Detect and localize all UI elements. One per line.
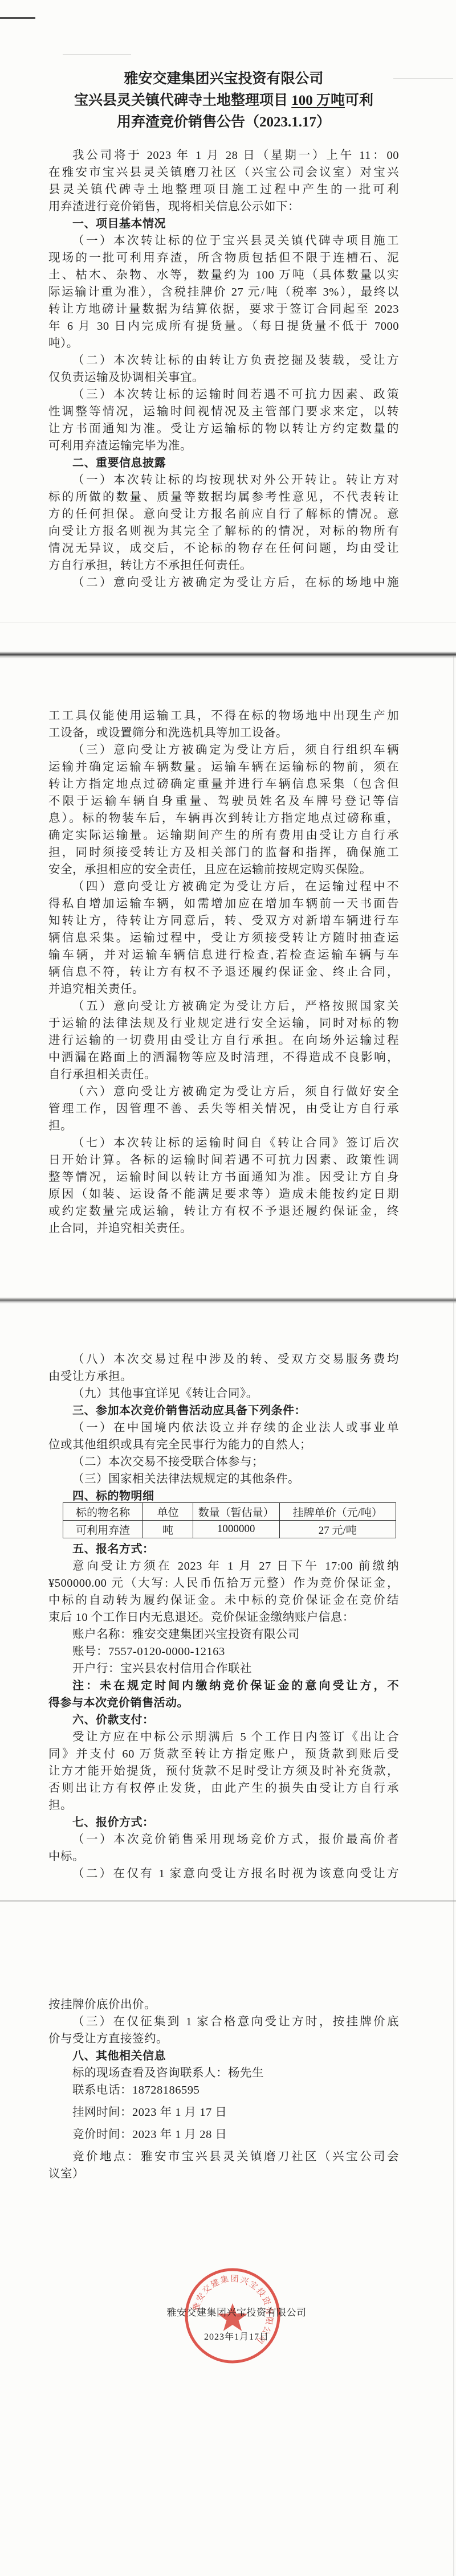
text-line: 情况无异议，成交后，不论标的物存在任何问题，均由受让 — [48, 540, 399, 557]
text-line: 束后 10 个工作日内无息退还。竞价保证金缴纳账户信息： — [48, 1609, 399, 1626]
text-line: 意向受让方须在 2023 年 1 月 27 日下午 17:00 前缴纳 — [48, 1558, 399, 1575]
text-line: 性调整等情况，运输时间视情况及主管部门要求来定，以转 — [48, 403, 399, 420]
text-line: 或约定数量完成运输，转让方有权不予退还履约保证金，终 — [48, 1203, 399, 1220]
text-line: 中洒漏在路面上的洒漏物等应及时清理，不得造成不良影响， — [48, 1049, 399, 1066]
section-heading-line: 三、参加本次竞价销售活动应具备下列条件： — [48, 1402, 399, 1419]
table-header-cell: 挂牌单价（元/吨） — [279, 1503, 396, 1521]
scan-artifact-line — [0, 17, 35, 19]
text-line: 向受让方报名则视为其完全了解标的的情况，对标的物所有 — [48, 523, 399, 540]
text-line: 吨）。 — [48, 335, 399, 352]
text-line: 议室） — [48, 2165, 399, 2182]
text-line: 并追究相关责任。 — [48, 981, 399, 998]
table-row: 可利用弃渣吨100000027 元/吨 — [63, 1521, 396, 1538]
section-heading-line: 八、其他相关信息 — [48, 2047, 399, 2065]
text-line: 中标的自动转为履约保证金。未中标的竞价保证金在竞价结 — [48, 1592, 399, 1609]
text-line: 方的任何担保。意向受让方报名前应自行了解标的情况。意 — [48, 506, 399, 523]
text-line: 自行承担相关责任。 — [48, 1066, 399, 1083]
text-line: 工工具仅能使用运输工具，不得在标的物场地中出现生产加 — [48, 707, 399, 724]
text-line: （三）在仅征集到 1 家合格意向受让方时，按挂牌价底 — [48, 2013, 399, 2030]
page-break-line-1 — [0, 652, 456, 658]
text-line: 际运输计重为准），含税挂牌价 27 元/吨（税率 3%），最终以 — [48, 284, 399, 301]
text-line: 联系电话：18728186595 — [48, 2082, 399, 2099]
text-line: 息）。标的物装车后，车辆再次到转让方指定地点过磅称重， — [48, 810, 399, 827]
text-line: （一）本次竞价销售采用现场竞价方式，报价最高价者 — [48, 1831, 399, 1848]
table-header-cell: 单位 — [143, 1503, 193, 1521]
text-line: 账号：7557-0120-0000-12163 — [48, 1643, 399, 1660]
scan-artifact-line — [393, 78, 453, 79]
table-header-row: 标的物名称单位数量（暂估量）挂牌单价（元/吨） — [63, 1503, 396, 1521]
text-line: 不限于运输车辆自身重量、驾驶员姓名及车牌号登记等信 — [48, 793, 399, 810]
text-line: （三）意向受让方被确定为受让方后，须自行组织车辆 — [48, 742, 399, 759]
text-line: 土、枯木、杂物、水等，数量约为 100 万吨（具体数量以实 — [48, 267, 399, 284]
section-heading-line: 七、报价方式： — [48, 1814, 399, 1831]
section-heading-line: 注：未在规定时间内缴纳竞价保证金的意向受让方，不 — [48, 1677, 399, 1694]
page-1-text: 我公司将于 2023 年 1 月 28 日（星期一）上午 11：00在雅安市宝兴… — [48, 147, 399, 591]
text-line: 辆信息不符，转让方有权不予退还履约保证金、终止合同， — [48, 964, 399, 981]
text-line: 按挂牌价底价出价。 — [48, 1996, 399, 2013]
text-line: 在雅安市宝兴县灵关镇磨刀社区（兴宝公司会议室）对宝兴 — [48, 164, 399, 181]
text-line: 我公司将于 2023 年 1 月 28 日（星期一）上午 11：00 — [48, 147, 399, 164]
document-title: 雅安交建集团兴宝投资有限公司宝兴县灵关镇代碑寺土地整理项目 100 万吨可利用弃… — [46, 68, 402, 133]
issue-date: 2023年1月17日 — [140, 2329, 333, 2342]
text-line: 担。 — [48, 1797, 399, 1814]
text-line: 可利用弃渣运输完毕为准。 — [48, 437, 399, 454]
text-line: （七）本次转让标的运输时间自《转让合同》签订后次 — [48, 1135, 399, 1152]
page-3-text-lower: 五、报名方式：意向受让方须在 2023 年 1 月 27 日下午 17:00 前… — [48, 1541, 399, 1882]
text-line: 工设备，或设置筛分和洗选机具等加工设备。 — [48, 724, 399, 742]
text-line: 管理工作，因管理不善、丢失等相关情况，由受让方自行承 — [48, 1100, 399, 1117]
table-cell: 吨 — [143, 1521, 193, 1538]
text-line: 年 6 月 30 日内完成所有提货量。（每日提货量不低于 7000 — [48, 318, 399, 335]
title-line-3: 用弃渣竞价销售公告（2023.1.17） — [46, 112, 402, 133]
text-line: 让方才能开始提货，预付货款不足时受让方须及时补充货款， — [48, 1763, 399, 1780]
text-line: 辆信息采集。运输过程中，受让方须接受转让方随时抽查运 — [48, 929, 399, 947]
text-line: （二）本次转让标的由转让方负责挖掘及装载，受让方 — [48, 352, 399, 369]
text-line: （一）本次转让标的均按现状对外公开转让。转让方对 — [48, 472, 399, 489]
text-line: （五）意向受让方被确定为受让方后，严格按照国家关 — [48, 998, 399, 1015]
text-line: 标的现场查看及咨询联系人：杨先生 — [48, 2065, 399, 2082]
text-line: 县灵关镇代碑寺土地整理项目施工过程中产生的一批可利 — [48, 181, 399, 198]
table-cell: 1000000 — [193, 1521, 279, 1538]
text-line: 知转让方，待转让方同意后，转、受双方对新增车辆进行车 — [48, 912, 399, 929]
text-line: 竞价时间：2023 年 1 月 28 日 — [48, 2126, 399, 2143]
text-line: 让方书面通知为准。受让方运输标的物以转让方约定数量的 — [48, 420, 399, 437]
page-4-text: 按挂牌价底价出价。（三）在仅征集到 1 家合格意向受让方时，按挂牌价底价与受让方… — [48, 1996, 399, 2182]
text-line: 止合同，并追究相关责任。 — [48, 1220, 399, 1237]
text-line: 现场的一批可利用弃渣，所含物质包括但不限于连槽石、泥 — [48, 249, 399, 267]
text-line: 方自行承担，转让方不承担任何责任。 — [48, 557, 399, 574]
text-line: （二）意向受让方被确定为受让方后，在标的场地中施 — [48, 574, 399, 591]
table-header-cell: 标的物名称 — [63, 1503, 143, 1521]
text-line: （六）意向受让方被确定为受让方后，须自行做好安全 — [48, 1083, 399, 1100]
text-line: 挂网时间：2023 年 1 月 17 日 — [48, 2104, 399, 2121]
text-line: 开户行：宝兴县农村信用合作联社 — [48, 1660, 399, 1677]
text-line: ¥500000.00 元（大写: 人民币伍拾万元整）作为竞价保证金， — [48, 1575, 399, 1592]
text-line: （二）在仅有 1 家意向受让方报名时视为该意向受让方 — [48, 1865, 399, 1882]
text-line: 日开始计算。各标的运输时间若遇不可抗力因素、政策性调 — [48, 1152, 399, 1169]
text-line: 中标。 — [48, 1848, 399, 1865]
text-line: （一）在中国境内依法设立并存续的企业法人或事业单 — [48, 1419, 399, 1436]
table-cell: 27 元/吨 — [279, 1521, 396, 1538]
section-heading-line: 二、重要信息披露 — [48, 454, 399, 472]
text-line: 账户名称：雅安交建集团兴宝投资有限公司 — [48, 1626, 399, 1643]
page-2-text: 工工具仅能使用运输工具，不得在标的物场地中出现生产加工设备，或设置筛分和洗选机具… — [48, 707, 399, 1237]
text-line: （八）本次交易过程中涉及的转、受双方交易服务费均 — [48, 1351, 399, 1368]
text-line: （三）本次转让标的运输时间若遇不可抗力因素、政策 — [48, 386, 399, 403]
text-line: （四）意向受让方被确定为受让方后，在运输过程中不 — [48, 878, 399, 895]
title-underlined-quantity: 100 万吨 — [291, 93, 345, 108]
title-line-2: 宝兴县灵关镇代碑寺土地整理项目 100 万吨可利 — [46, 90, 402, 112]
text-line: 价与受让方直接签约。 — [48, 2030, 399, 2047]
section-heading-line: 一、项目基本情况 — [48, 215, 399, 232]
text-line: （二）本次交易不接受联合体参与； — [48, 1453, 399, 1471]
subject-detail-table: 标的物名称单位数量（暂估量）挂牌单价（元/吨）可利用弃渣吨100000027 元… — [63, 1502, 396, 1538]
page-break-line-3 — [0, 1900, 456, 1902]
text-line: 确定实际运输量。运输期间产生的所有费用由受让方自行承 — [48, 827, 399, 844]
text-line: 整等情况，运输时间以转让方书面通知为准。因受让方自身 — [48, 1169, 399, 1186]
text-line: （一）本次转让标的位于宝兴县灵关镇代碑寺项目施工 — [48, 232, 399, 249]
text-line: 进行运输的一切费用由受让方自行承担。在向场外运输过程 — [48, 1032, 399, 1049]
section-heading-line: 得参与本次竞价销售活动。 — [48, 1694, 399, 1711]
scan-artifact-line — [0, 623, 456, 623]
text-line: 否则出让方有权停止发货，由此产生的损失由受让方自行承 — [48, 1780, 399, 1797]
text-line: 标的所做的数量、质量等数据均属参考性意见，不代表转让 — [48, 489, 399, 506]
text-line: 于运输的法律法规及行业规定进行安全运输，同时对标的物 — [48, 1015, 399, 1032]
page-3-text-upper: （八）本次交易过程中涉及的转、受双方交易服务费均由受让方承担。（九）其他事宜详见… — [48, 1351, 399, 1505]
text-line: 输车辆，并对运输车辆信息进行检查,若检查运输车辆与车 — [48, 947, 399, 964]
text-line: 位或其他组织或具有完全民事行为能力的自然人； — [48, 1436, 399, 1453]
text-line: 转让方地磅计量数据为结算依据，要求于签订合同起至 2023 — [48, 301, 399, 318]
text-line: 运输并确定运输车辆数量。运输车辆在运输标的物前，须在 — [48, 759, 399, 776]
text-line: 担，同时须接受转让方及相关部门的监督和指挥，确保施工 — [48, 844, 399, 861]
section-heading-line: 五、报名方式： — [48, 1541, 399, 1558]
text-line: （三）国家相关法律法规规定的其他条件。 — [48, 1471, 399, 1488]
text-line: 安全，承担相应的安全责任，且应在运输前按规定购买保险。 — [48, 861, 399, 878]
table-cell: 可利用弃渣 — [63, 1521, 143, 1538]
text-line: （九）其他事宜详见《转让合同》。 — [48, 1385, 399, 1402]
table-header-cell: 数量（暂估量） — [193, 1503, 279, 1521]
title-line-1: 雅安交建集团兴宝投资有限公司 — [46, 68, 402, 90]
text-line: 转让方指定地点过磅确定重量并进行车辆信息采集（包含但 — [48, 776, 399, 793]
text-line: 得私自增加运输车辆，如需增加应在增加车辆前一天书面告 — [48, 895, 399, 912]
scan-edge-shadow — [453, 656, 454, 2576]
issuer-company-name: 雅安交建集团兴宝投资有限公司 — [140, 2304, 333, 2319]
text-line: 仅负责运输及协调相关事宜。 — [48, 369, 399, 386]
text-line: 由受让方承担。 — [48, 1368, 399, 1385]
section-heading-line: 六、价款支付： — [48, 1711, 399, 1729]
text-line: 同》并支付 60 万货款至转让方指定账户，预货款到账后受 — [48, 1746, 399, 1763]
text-line: 担。 — [48, 1117, 399, 1135]
text-line: 用弃渣进行竞价销售，现将相关信息公示如下： — [48, 198, 399, 215]
scanned-document: 雅安交建集团兴宝投资有限公司宝兴县灵关镇代碑寺土地整理项目 100 万吨可利用弃… — [0, 0, 456, 2576]
text-line: 竞价地点：雅安市宝兴县灵关镇磨刀社区（兴宝公司会 — [48, 2148, 399, 2165]
page-break-line-2 — [0, 1297, 456, 1304]
text-line: 受让方应在中标公示期满后 5 个工作日内签订《出让合 — [48, 1729, 399, 1746]
scan-artifact-line — [63, 54, 131, 55]
text-line: 原因（如装、运设备不能满足要求等）造成未能按约定日期 — [48, 1186, 399, 1203]
